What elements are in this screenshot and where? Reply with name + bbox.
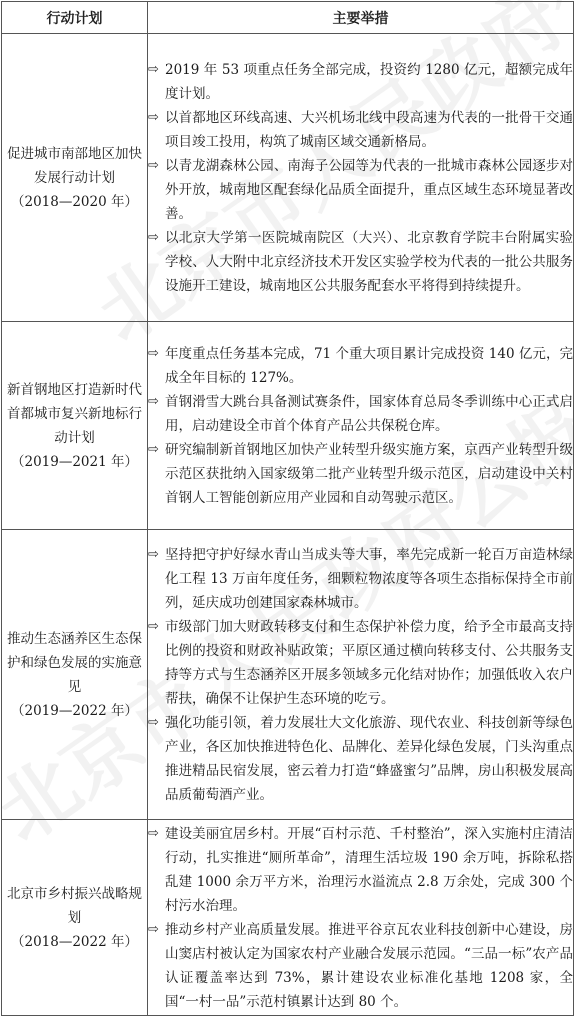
plan-years: （2018—2022 年） xyxy=(2,930,147,954)
plan-name-cell: 新首钢地区打造新时代首都城市复兴新地标行动计划 （2019—2021 年） xyxy=(2,322,148,530)
measure-item: ⇨年度重点任务基本完成，71 个重大项目累计完成投资 140 亿元，完成全年目标… xyxy=(148,342,573,390)
measure-item: ⇨研究编制新首钢地区加快产业转型升级实施方案，京西产业转型升级示范区获批纳入国家… xyxy=(148,438,573,510)
measure-item: ⇨强化功能引领，着力发展壮大文化旅游、现代农业、科技创新等绿色产业，各区加快推进… xyxy=(148,711,573,807)
arrow-right-icon: ⇨ xyxy=(148,342,159,366)
measure-item: ⇨以北京大学第一医院城南院区（大兴）、北京教育学院丰台附属实验学校、人大附中北京… xyxy=(148,226,573,298)
plan-years: （2019—2021 年） xyxy=(2,450,147,474)
arrow-right-icon: ⇨ xyxy=(148,615,159,639)
plan-years: （2019—2022 年） xyxy=(2,699,147,723)
arrow-right-icon: ⇨ xyxy=(148,226,159,250)
measure-item: ⇨推动乡村产业高质量发展。推进平谷京瓦农业科技创新中心建设，房山窦店村被认定为国… xyxy=(148,918,573,1014)
measures-cell: ⇨2019 年 53 项重点任务全部完成，投资约 1280 亿元，超额完成年度计… xyxy=(148,34,574,322)
arrow-right-icon: ⇨ xyxy=(148,543,159,567)
measure-item: ⇨市级部门加大财政转移支付和生态保护补偿力度，给予全市最高支持比例的投资和财政补… xyxy=(148,615,573,711)
action-plan-table: 行动计划 主要举措 促进城市南部地区加快发展行动计划 （2018—2020 年）… xyxy=(1,1,574,1016)
arrow-right-icon: ⇨ xyxy=(148,390,159,414)
plan-name: 促进城市南部地区加快发展行动计划 xyxy=(7,146,142,186)
header-main-measures: 主要举措 xyxy=(148,2,574,34)
measure-item: ⇨坚持把守护好绿水青山当成头等大事，率先完成新一轮百万亩造林绿化工程 13 万亩… xyxy=(148,543,573,615)
arrow-right-icon: ⇨ xyxy=(148,822,159,846)
plan-name-cell: 推动生态涵养区生态保护和绿色发展的实施意见 （2019—2022 年） xyxy=(2,530,148,820)
plan-name: 推动生态涵养区生态保护和绿色发展的实施意见 xyxy=(7,631,142,695)
measure-item: ⇨以青龙湖森林公园、南海子公园等为代表的一批城市森林公园逐步对外开放，城南地区配… xyxy=(148,154,573,226)
table-row: 推动生态涵养区生态保护和绿色发展的实施意见 （2019—2022 年） ⇨坚持把… xyxy=(2,530,574,820)
measures-cell: ⇨坚持把守护好绿水青山当成头等大事，率先完成新一轮百万亩造林绿化工程 13 万亩… xyxy=(148,530,574,820)
measure-item: ⇨建设美丽宜居乡村。开展“百村示范、千村整治”，深入实施村庄清洁行动，扎实推进“… xyxy=(148,822,573,918)
arrow-right-icon: ⇨ xyxy=(148,106,159,130)
header-action-plan: 行动计划 xyxy=(2,2,148,34)
table-header-row: 行动计划 主要举措 xyxy=(2,2,574,34)
plan-years: （2018—2020 年） xyxy=(2,190,147,214)
plan-name: 北京市乡村振兴战略规划 xyxy=(7,886,142,926)
measures-cell: ⇨年度重点任务基本完成，71 个重大项目累计完成投资 140 亿元，完成全年目标… xyxy=(148,322,574,530)
arrow-right-icon: ⇨ xyxy=(148,711,159,735)
table-row: 北京市乡村振兴战略规划 （2018—2022 年） ⇨建设美丽宜居乡村。开展“百… xyxy=(2,820,574,1016)
arrow-right-icon: ⇨ xyxy=(148,154,159,178)
arrow-right-icon: ⇨ xyxy=(148,58,159,82)
measures-cell: ⇨建设美丽宜居乡村。开展“百村示范、千村整治”，深入实施村庄清洁行动，扎实推进“… xyxy=(148,820,574,1016)
plan-name-cell: 北京市乡村振兴战略规划 （2018—2022 年） xyxy=(2,820,148,1016)
table-row: 促进城市南部地区加快发展行动计划 （2018—2020 年） ⇨2019 年 5… xyxy=(2,34,574,322)
measure-item: ⇨以首都地区环线高速、大兴机场北线中段高速为代表的一批骨干交通项目竣工投用，构筑… xyxy=(148,106,573,154)
arrow-right-icon: ⇨ xyxy=(148,918,159,942)
measure-item: ⇨2019 年 53 项重点任务全部完成，投资约 1280 亿元，超额完成年度计… xyxy=(148,58,573,106)
measure-item: ⇨首钢滑雪大跳台具备测试赛条件，国家体育总局冬季训练中心正式启用，启动建设全市首… xyxy=(148,390,573,438)
plan-name-cell: 促进城市南部地区加快发展行动计划 （2018—2020 年） xyxy=(2,34,148,322)
arrow-right-icon: ⇨ xyxy=(148,438,159,462)
plan-name: 新首钢地区打造新时代首都城市复兴新地标行动计划 xyxy=(7,382,142,446)
table-row: 新首钢地区打造新时代首都城市复兴新地标行动计划 （2019—2021 年） ⇨年… xyxy=(2,322,574,530)
